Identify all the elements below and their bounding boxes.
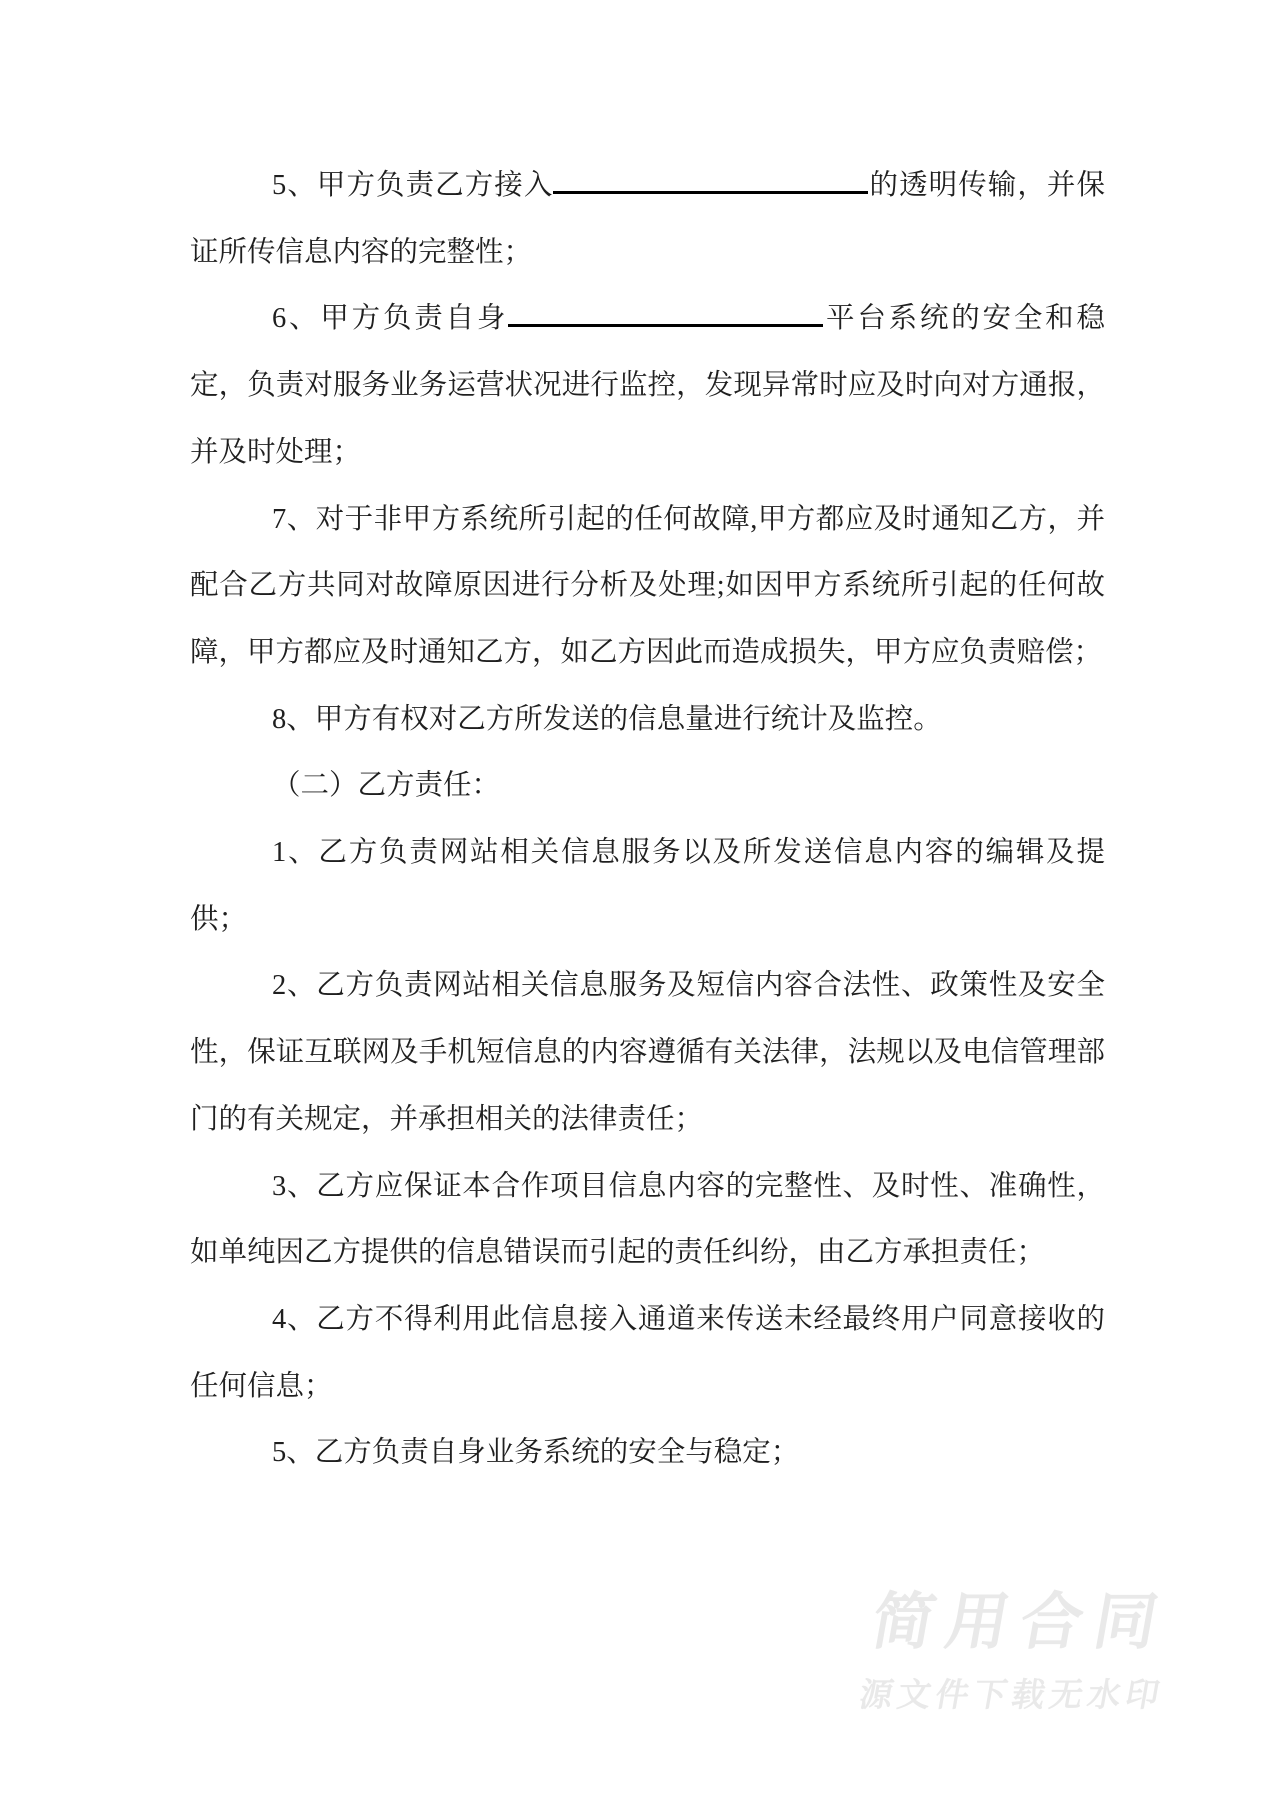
clause-7-party-a: 7、对于非甲方系统所引起的任何故障,甲方都应及时通知乙方，并配合乙方共同对故障原… xyxy=(190,487,1105,687)
section-heading-party-b-duties: （二）乙方责任： xyxy=(190,753,1105,820)
contract-body-text: 5、甲方负责乙方接入的透明传输，并保证所传信息内容的完整性； 6、甲方负责自身平… xyxy=(190,153,1105,1487)
clause-5-party-a: 5、甲方负责乙方接入的透明传输，并保证所传信息内容的完整性； xyxy=(190,153,1105,286)
watermark-subtitle: 源文件下载无水印 xyxy=(857,1678,1167,1711)
watermark: 简用合同 源文件下载无水印 xyxy=(857,1592,1182,1711)
clause-text-before-blank: 5、甲方负责乙方接入 xyxy=(272,170,553,201)
watermark-title: 简用合同 xyxy=(867,1592,1182,1654)
clause-2-party-b: 2、乙方负责网站相关信息服务及短信内容合法性、政策性及安全性，保证互联网及手机短… xyxy=(190,953,1105,1153)
contract-document-page: { "colors": { "page_background": "#fffff… xyxy=(0,0,1280,1810)
fill-in-blank-line xyxy=(553,191,868,194)
clause-text-before-blank: 6、甲方负责自身 xyxy=(272,303,508,334)
clause-6-party-a: 6、甲方负责自身平台系统的安全和稳定，负责对服务业务运营状况进行监控，发现异常时… xyxy=(190,286,1105,486)
clause-8-party-a: 8、甲方有权对乙方所发送的信息量进行统计及监控。 xyxy=(190,687,1105,754)
clause-4-party-b: 4、乙方不得利用此信息接入通道来传送未经最终用户同意接收的任何信息； xyxy=(190,1287,1105,1420)
clause-3-party-b: 3、乙方应保证本合作项目信息内容的完整性、及时性、准确性，如单纯因乙方提供的信息… xyxy=(190,1154,1105,1287)
clause-5-party-b: 5、乙方负责自身业务系统的安全与稳定； xyxy=(190,1420,1105,1487)
clause-1-party-b: 1、乙方负责网站相关信息服务以及所发送信息内容的编辑及提供； xyxy=(190,820,1105,953)
fill-in-blank-line xyxy=(508,324,823,327)
